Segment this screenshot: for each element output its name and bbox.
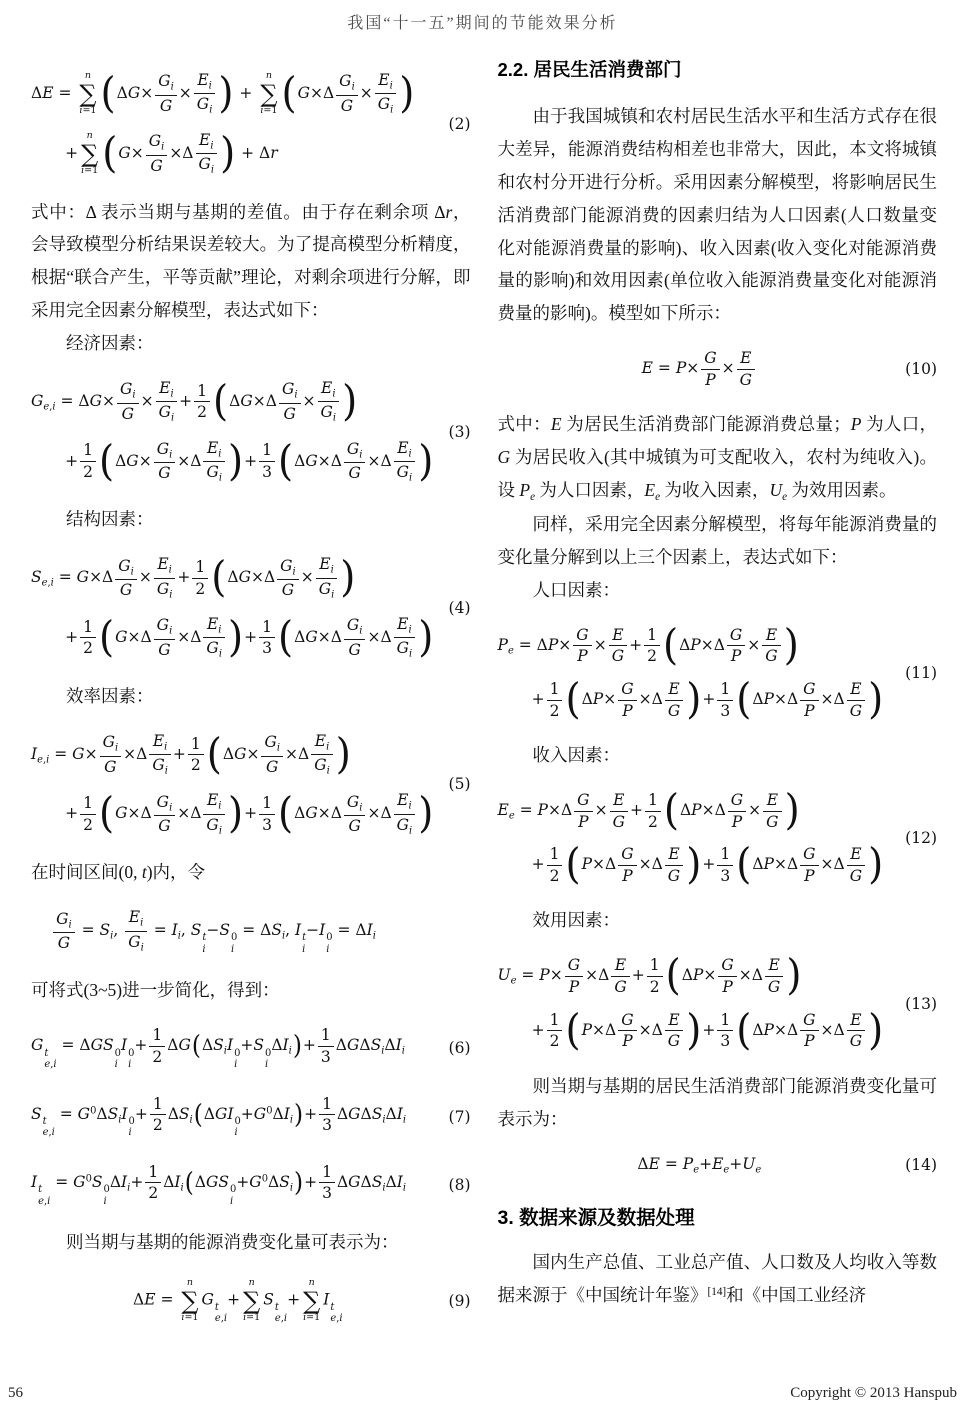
equation-4: Se,i = G×ΔGiG×EiGi+12(ΔG×ΔGiG×EiGi)+12(G…: [31, 550, 471, 666]
page-footer: 56 Copyright © 2013 Hanspub: [8, 1385, 957, 1402]
equation-7: Ste,i = G0ΔSiI0i+12ΔSi(ΔGI0i+G0ΔIi)+13ΔG…: [31, 1090, 471, 1144]
equation-5-number: (5): [449, 775, 471, 793]
page-header-title: 我国“十一五”期间的节能效果分析: [0, 10, 965, 33]
equation-11: Pe = ΔP×GP×EG+12(ΔP×ΔGP×EG)+12(ΔP×GP×ΔEG…: [498, 621, 938, 725]
equation-6: Gte,i = ΔGS0iI0i+12ΔG(ΔSiI0i+S0iΔIi)+13Δ…: [31, 1021, 471, 1075]
equation-11-formula: Pe = ΔP×GP×EG+12(ΔP×ΔGP×EG)+12(ΔP×GP×ΔEG…: [498, 621, 902, 725]
equation-13-number: (13): [905, 995, 937, 1013]
equation-10-formula: E = P×GP×EG: [498, 344, 902, 394]
equation-5-formula: Ie,i = G×GiG×ΔEiGi+12(ΔG×GiG×ΔEiGi)+12(G…: [31, 727, 445, 843]
paragraph-variable-definitions: 式中：E 为居民生活消费部门能源消费总量；P 为人口，G 为居民收入(其中城镇为…: [498, 408, 938, 508]
equation-6-number: (6): [449, 1039, 471, 1057]
equation-9-formula: ΔE = n∑i=1Gte,i+n∑i=1Ste,i+n∑i=1Ite,i: [31, 1273, 445, 1330]
equation-4-number: (4): [449, 599, 471, 617]
equation-3-formula: Ge,i = ΔG×GiG×EiGi+12(ΔG×ΔGiG×EiGi)+12(Δ…: [31, 374, 445, 490]
equation-7-formula: Ste,i = G0ΔSiI0i+12ΔSi(ΔGI0i+G0ΔIi)+13ΔG…: [31, 1090, 445, 1144]
equation-10: E = P×GP×EG (10): [498, 344, 938, 394]
equation-2-number: (2): [449, 115, 471, 133]
equation-10-number: (10): [905, 360, 937, 378]
section-heading-2-2: 2.2. 居民生活消费部门: [498, 56, 938, 82]
label-efficiency-factor: 效率因素：: [31, 680, 471, 713]
footer-page-number: 56: [8, 1385, 23, 1402]
equation-12-formula: Ee = P×ΔGP×EG+12(ΔP×ΔGP×EG)+12(P×ΔGP×ΔEG…: [498, 786, 902, 890]
section-heading-3: 3. 数据来源及数据处理: [498, 1202, 938, 1230]
two-column-body: ΔE = n∑i=1(ΔG×GiG×EiGi) + n∑i=1(G×ΔGiG×E…: [31, 52, 937, 1344]
equation-6-formula: Gte,i = ΔGS0iI0i+12ΔG(ΔSiI0i+S0iΔIi)+13Δ…: [31, 1021, 445, 1075]
equation-3: Ge,i = ΔG×GiG×EiGi+12(ΔG×ΔGiG×EiGi)+12(Δ…: [31, 374, 471, 490]
equation-definitions-formula: GiG = Si, EiGi = Ii, Sti−S0i = ΔSi, Iti−…: [31, 903, 471, 960]
equation-definitions: GiG = Si, EiGi = Ii, Sti−S0i = ΔSi, Iti−…: [31, 903, 471, 960]
equation-12: Ee = P×ΔGP×EG+12(ΔP×ΔGP×EG)+12(P×ΔGP×ΔEG…: [498, 786, 938, 890]
equation-13-formula: Ue = P×GP×ΔEG+12(ΔP×GP×ΔEG)+12(P×ΔGP×ΔEG…: [498, 951, 902, 1055]
equation-12-number: (12): [905, 829, 937, 847]
label-utility-factor: 效用因素：: [498, 904, 938, 937]
equation-7-number: (7): [449, 1108, 471, 1126]
equation-14: ΔE = Pe+Ee+Ue (14): [498, 1150, 938, 1180]
equation-2-formula: ΔE = n∑i=1(ΔG×GiG×EiGi) + n∑i=1(G×ΔGiG×E…: [31, 66, 445, 182]
label-income-factor: 收入因素：: [498, 739, 938, 772]
label-structure-factor: 结构因素：: [31, 503, 471, 536]
left-column: ΔE = n∑i=1(ΔG×GiG×EiGi) + n∑i=1(G×ΔGiG×E…: [31, 52, 471, 1344]
paragraph-data-sources: 国内生产总值、工业总产值、人口数及人均收入等数据来源于《中国统计年鉴》[14]和…: [498, 1246, 938, 1312]
paragraph-energy-change: 则当期与基期的能源消费变化量可表示为：: [31, 1226, 471, 1259]
right-column: 2.2. 居民生活消费部门 由于我国城镇和农村居民生活水平和生活方式存在很大差异…: [498, 52, 938, 1344]
equation-9-number: (9): [449, 1292, 471, 1310]
equation-4-formula: Se,i = G×ΔGiG×EiGi+12(ΔG×ΔGiG×EiGi)+12(G…: [31, 550, 445, 666]
paragraph-delta-explanation: 式中：Δ 表示当期与基期的差值。由于存在剩余项 Δr，会导致模型分析结果误差较大…: [31, 196, 471, 328]
equation-2: ΔE = n∑i=1(ΔG×GiG×EiGi) + n∑i=1(G×ΔGiG×E…: [31, 66, 471, 182]
paragraph-residential-change: 则当期与基期的居民生活消费部门能源消费变化量可表示为：: [498, 1070, 938, 1136]
paper-page: 我国“十一五”期间的节能效果分析 ΔE = n∑i=1(ΔG×GiG×EiGi)…: [0, 0, 965, 1414]
equation-3-number: (3): [449, 423, 471, 441]
paragraph-same-model: 同样，采用完全因素分解模型，将每年能源消费量的变化量分解到以上三个因素上，表达式…: [498, 508, 938, 574]
equation-14-formula: ΔE = Pe+Ee+Ue: [498, 1150, 902, 1180]
paragraph-residential-intro: 由于我国城镇和农村居民生活水平和生活方式存在很大差异，能源消费结构相差也非常大，…: [498, 100, 938, 330]
footer-copyright: Copyright © 2013 Hanspub: [790, 1385, 957, 1402]
equation-8-formula: Ite,i = G0S0iΔIi+12ΔIi(ΔGS0i+G0ΔSi)+13ΔG…: [31, 1158, 445, 1212]
paragraph-time-interval: 在时间区间(0, t)内，令: [31, 856, 471, 889]
equation-11-number: (11): [905, 664, 937, 682]
label-economic-factor: 经济因素：: [31, 327, 471, 360]
equation-14-number: (14): [905, 1156, 937, 1174]
equation-9: ΔE = n∑i=1Gte,i+n∑i=1Ste,i+n∑i=1Ite,i (9…: [31, 1273, 471, 1330]
equation-13: Ue = P×GP×ΔEG+12(ΔP×GP×ΔEG)+12(P×ΔGP×ΔEG…: [498, 951, 938, 1055]
label-population-factor: 人口因素：: [498, 574, 938, 607]
equation-8: Ite,i = G0S0iΔIi+12ΔIi(ΔGS0i+G0ΔSi)+13ΔG…: [31, 1158, 471, 1212]
equation-5: Ie,i = G×GiG×ΔEiGi+12(ΔG×GiG×ΔEiGi)+12(G…: [31, 727, 471, 843]
equation-8-number: (8): [449, 1176, 471, 1194]
paragraph-simplify: 可将式(3~5)进一步简化，得到：: [31, 974, 471, 1007]
